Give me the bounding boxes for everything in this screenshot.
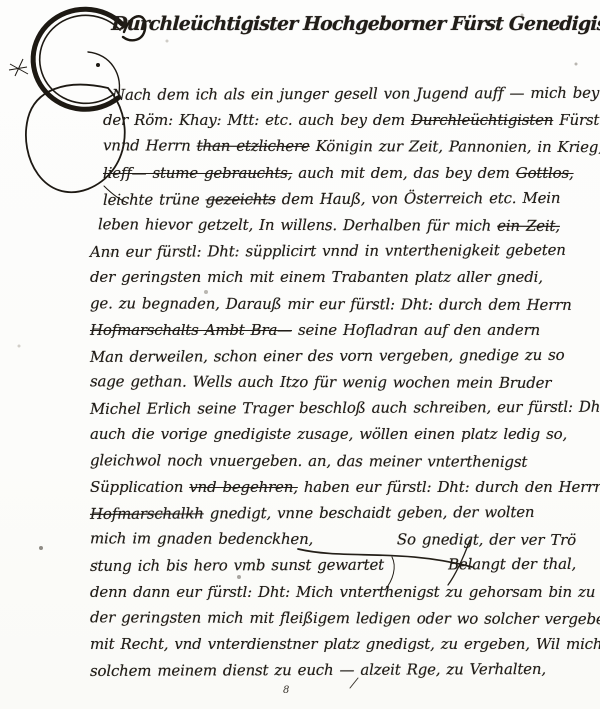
line-segment: auch mit dem, das bey dem <box>292 164 516 182</box>
manuscript-line: vnnd Herrn than etzlichere Königin zur Z… <box>0 132 600 160</box>
manuscript-body: Nach dem ich als ein junger gesell von J… <box>0 81 600 683</box>
line-segment: seine Hofladran auf den andern <box>292 321 540 339</box>
line-segment: mich im gnaden bedenckhen, <box>90 525 313 552</box>
manuscript-line: Man derweilen, schon einer des vorn verg… <box>0 342 600 371</box>
line-segment: stung ich bis hero vmb sunst gewartet <box>90 552 384 579</box>
manuscript-line: Nach dem ich als ein junger gesell von J… <box>0 80 600 109</box>
line-segment: solchem meinem dienst zu euch — alzeit R… <box>90 660 546 680</box>
line-segment: auch die vorige gnedigiste zusage, wölle… <box>90 425 567 443</box>
line-segment: der geringsten mich mit fleißigem ledige… <box>90 608 600 628</box>
struck-line-segment: ein Zeit, <box>497 217 560 235</box>
manuscript-line: mit Recht, vnd vnterdienstner platz gned… <box>0 631 600 657</box>
line-segment: So gnedigt, der ver Trö <box>397 527 576 554</box>
manuscript-page: Durchleüchtigister Hochgeborner Fürst Ge… <box>0 0 600 709</box>
line-segment: gleichwol noch vnuergeben. an, das meine… <box>90 451 527 471</box>
manuscript-line: lieff— stume gebrauchts, auch mit dem, d… <box>0 160 600 186</box>
line-segment: Man derweilen, schon einer des vorn verg… <box>90 346 564 366</box>
salutation-line: Durchleüchtigister Hochgeborner Fürst Ge… <box>111 13 577 35</box>
line-segment: Nach dem ich als ein junger gesell von J… <box>112 84 599 104</box>
manuscript-line: gleichwol noch vnuergeben. an, das meine… <box>0 447 600 475</box>
line-segment: sage gethan. Wells auch Itzo für wenig w… <box>90 372 551 392</box>
manuscript-line: sage gethan. Wells auch Itzo für wenig w… <box>0 368 600 396</box>
line-segment: Belangt der thal, <box>448 551 576 578</box>
line-segment: der geringsten mich mit einem Trabanten … <box>90 268 543 286</box>
manuscript-line: Ann eur fürstl: Dht: süpplicirt vnnd in … <box>0 237 600 266</box>
manuscript-line: leichte trüne gezeichts dem Hauß, von Ös… <box>0 184 600 213</box>
manuscript-line: Michel Erlich seine Trager beschloß auch… <box>0 394 600 423</box>
manuscript-line: solchem meinem dienst zu euch — alzeit R… <box>0 656 600 685</box>
struck-line-segment: Durchleüchtigisten <box>411 111 553 129</box>
manuscript-line: der geringsten mich mit fleißigem ledige… <box>0 604 600 632</box>
line-segment: Süpplication <box>90 478 189 496</box>
line-segment: mit Recht, vnd vnterdienstner platz gned… <box>90 635 600 653</box>
paper-speckles <box>0 0 2 2</box>
struck-line-segment: Hofmarschalkh <box>90 504 204 522</box>
line-segment: leben hievor getzelt, In willens. Derhal… <box>98 215 497 234</box>
manuscript-line: Hofmarschalkh gnedigt, vnne beschaidt ge… <box>0 499 600 528</box>
line-segment: Ann eur fürstl: Dht: süpplicirt vnnd in … <box>90 241 566 261</box>
struck-line-segment: vnd begehren, <box>189 478 298 496</box>
manuscript-line: Süpplication vnd begehren, haben eur für… <box>0 474 600 500</box>
struck-line-segment: Gottlos, <box>516 164 574 182</box>
line-segment: haben eur fürstl: Dht: durch den Herrn <box>298 478 600 496</box>
line-segment: Michel Erlich seine Trager beschloß auch… <box>90 398 600 418</box>
struck-line-segment: lieff— stume gebrauchts, <box>103 164 292 182</box>
manuscript-line: der geringsten mich mit einem Trabanten … <box>0 264 600 290</box>
manuscript-line: auch die vorige gnedigiste zusage, wölle… <box>0 421 600 447</box>
manuscript-line: denn dann eur fürstl: Dht: Mich vnterthe… <box>0 579 600 605</box>
line-segment: dem Hauß, von Österreich etc. Mein <box>276 189 561 208</box>
line-segment: Fürsti, <box>553 111 600 129</box>
struck-line-segment: Hofmarschalts Ambt Bra— <box>90 321 292 339</box>
folio-mark: 8 <box>283 685 289 696</box>
manuscript-line: der Röm: Khay: Mtt: etc. auch bey dem Du… <box>0 107 600 133</box>
line-segment: ge. zu begnaden, Darauß mir eur fürstl: … <box>90 294 572 314</box>
line-segment: denn dann eur fürstl: Dht: Mich vnterthe… <box>90 583 600 601</box>
manuscript-line: ge. zu begnaden, Darauß mir eur fürstl: … <box>0 289 600 317</box>
struck-line-segment: than etzlichere <box>197 137 310 155</box>
manuscript-line: leben hievor getzelt, In willens. Derhal… <box>0 211 600 239</box>
manuscript-line: mich im gnaden bedenckhen,So gnedigt, de… <box>0 525 600 553</box>
struck-line-segment: gezeichts <box>206 190 276 208</box>
manuscript-line: stung ich bis hero vmb sunst gewartetBel… <box>0 551 600 580</box>
line-segment: Königin zur Zeit, Pannonien, in Krieg, <box>310 137 600 156</box>
line-segment: der Röm: Khay: Mtt: etc. auch bey dem <box>103 111 411 129</box>
line-segment: leichte trüne <box>103 190 206 208</box>
line-segment: gnedigt, vnne beschaidt geben, der wolte… <box>204 503 535 522</box>
manuscript-line: Hofmarschalts Ambt Bra— seine Hofladran … <box>0 317 600 343</box>
line-segment: vnnd Herrn <box>103 137 197 155</box>
